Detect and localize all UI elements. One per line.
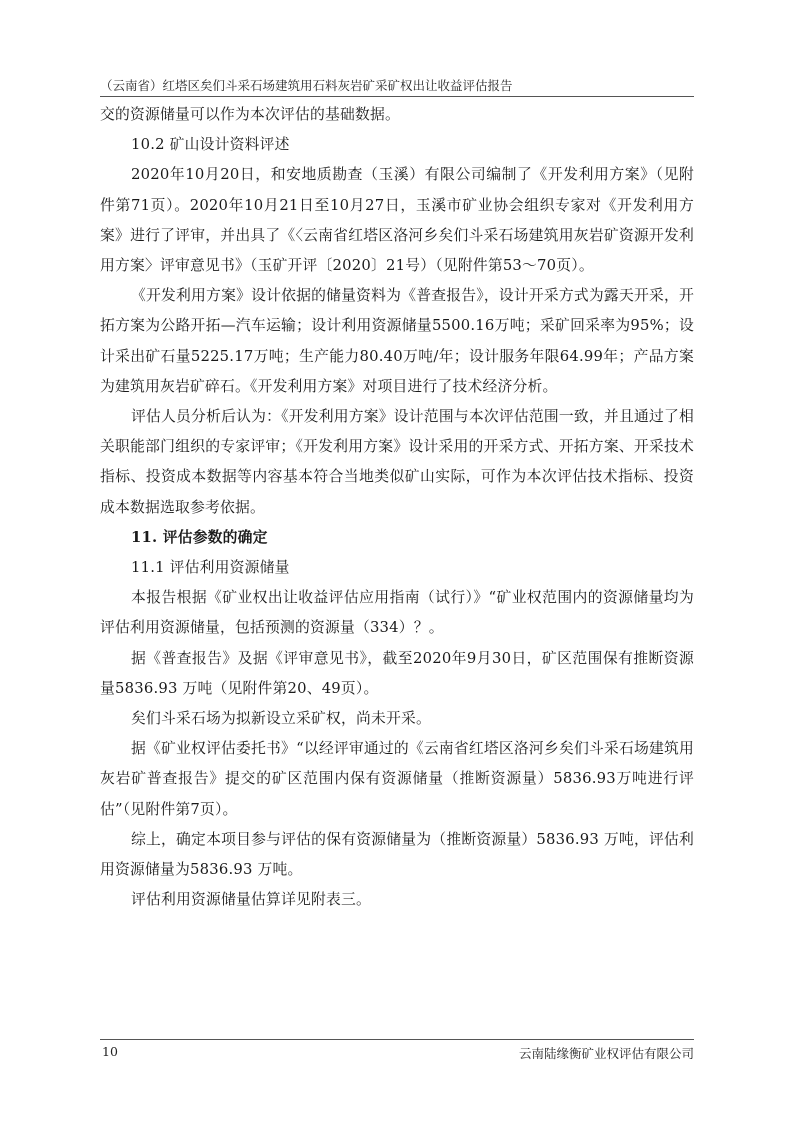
- footer-divider: [100, 1039, 694, 1040]
- paragraph-appendix-ref: 评估利用资源储量估算详见附表三。: [100, 885, 694, 915]
- header-divider: [100, 96, 694, 97]
- paragraph-design-report: 2020年10月20日，和安地质勘查（玉溪）有限公司编制了《开发利用方案》（见附…: [100, 160, 694, 281]
- document-body: 交的资源储量可以作为本次评估的基础数据。 10.2 矿山设计资料评述 2020年…: [100, 100, 694, 915]
- paragraph-resource-quantity: 据《普查报告》及据《评审意见书》，截至2020年9月30日，矿区范围保有推断资源…: [100, 644, 694, 704]
- paragraph-design-parameters: 《开发利用方案》设计依据的储量资料为《普查报告》，设计开采方式为露天开采，开拓方…: [100, 281, 694, 402]
- paragraph-continuation: 交的资源储量可以作为本次评估的基础数据。: [100, 100, 694, 130]
- paragraph-summary: 综上，确定本项目参与评估的保有资源储量为（推断资源量）5836.93 万吨，评估…: [100, 825, 694, 885]
- section-heading-11: 11. 评估参数的确定: [100, 523, 694, 553]
- page-number: 10: [102, 1044, 118, 1059]
- paragraph-not-mined: 矣们斗采石场为拟新设立采矿权，尚未开采。: [100, 704, 694, 734]
- section-heading-10-2: 10.2 矿山设计资料评述: [100, 130, 694, 160]
- paragraph-commission: 据《矿业权评估委托书》“以经评审通过的《云南省红塔区洛河乡矣们斗采石场建筑用灰岩…: [100, 734, 694, 825]
- section-heading-11-1: 11.1 评估利用资源储量: [100, 553, 694, 583]
- paragraph-evaluator-analysis: 评估人员分析后认为：《开发利用方案》设计范围与本次评估范围一致，并且通过了相关职…: [100, 402, 694, 523]
- document-page: （云南省）红塔区矣们斗采石场建筑用石料灰岩矿采矿权出让收益评估报告 交的资源储量…: [0, 0, 794, 1123]
- running-header: （云南省）红塔区矣们斗采石场建筑用石料灰岩矿采矿权出让收益评估报告: [100, 76, 694, 94]
- paragraph-guideline: 本报告根据《矿业权出让收益评估应用指南（试行）》“矿业权范围内的资源储量均为评估…: [100, 583, 694, 643]
- footer-company-name: 云南陆缘衡矿业权评估有限公司: [519, 1044, 694, 1062]
